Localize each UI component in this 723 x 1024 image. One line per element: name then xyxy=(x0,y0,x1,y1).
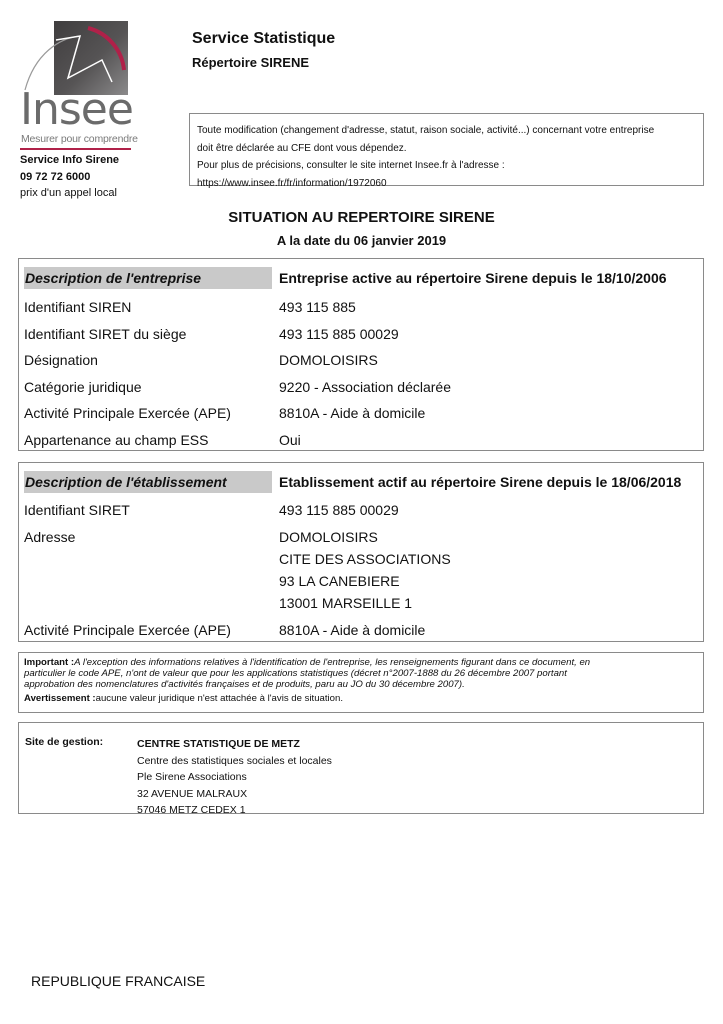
site-line: CENTRE STATISTIQUE DE METZ xyxy=(137,736,332,753)
row-value: 493 115 885 00029 xyxy=(279,499,399,521)
important-notice: Important :A l'exception des information… xyxy=(18,652,704,713)
table-row: Identifiant SIREN 493 115 885 xyxy=(24,296,703,318)
row-value: 8810A - Aide à domicile xyxy=(279,402,425,424)
row-label: Activité Principale Exercée (APE) xyxy=(24,402,231,424)
table-row: Identifiant SIRET du siège 493 115 885 0… xyxy=(24,323,703,345)
row-value: 493 115 885 xyxy=(279,296,356,318)
table-row: Adresse DOMOLOISIRS xyxy=(24,526,703,548)
row-label: Identifiant SIRET xyxy=(24,499,130,521)
document-title-text: SITUATION AU REPERTOIRE SIRENE xyxy=(228,209,494,226)
address-line: CITE DES ASSOCIATIONS xyxy=(279,548,451,570)
contact-phone: 09 72 72 6000 xyxy=(20,169,119,186)
company-heading-row: Description de l'entreprise Entreprise a… xyxy=(24,267,703,289)
row-value: 9220 - Association déclarée xyxy=(279,376,451,398)
establishment-section: Description de l'établissement Etablisse… xyxy=(18,462,704,642)
company-section: Description de l'entreprise Entreprise a… xyxy=(18,258,704,451)
warning-label: Avertissement : xyxy=(24,693,96,704)
address-line: 93 LA CANEBIERE xyxy=(279,570,400,592)
important-label: Important : xyxy=(24,657,74,668)
table-row: Activité Principale Exercée (APE) 8810A … xyxy=(24,619,703,641)
notice-url[interactable]: https://www.insee.fr/fr/information/1972… xyxy=(197,175,703,193)
contact-block: Service Info Sirene 09 72 72 6000 prix d… xyxy=(20,152,119,202)
header-title: Service Statistique xyxy=(192,30,335,48)
address-line: 13001 MARSEILLE 1 xyxy=(279,592,412,614)
row-value: Oui xyxy=(279,429,301,451)
row-label: Adresse xyxy=(24,526,75,548)
important-text: approbation des nomenclatures d'activité… xyxy=(24,679,703,690)
company-heading: Description de l'entreprise xyxy=(24,267,272,289)
row-value: DOMOLOISIRS xyxy=(279,349,378,371)
table-row: Activité Principale Exercée (APE) 8810A … xyxy=(24,402,703,424)
row-label: Catégorie juridique xyxy=(24,376,142,398)
row-value: 8810A - Aide à domicile xyxy=(279,619,425,641)
table-row: Désignation DOMOLOISIRS xyxy=(24,349,703,371)
table-row: Appartenance au champ ESS Oui xyxy=(24,429,703,451)
address-line: DOMOLOISIRS xyxy=(279,526,378,548)
site-line: 57046 METZ CEDEX 1 xyxy=(137,802,332,819)
warning-text: aucune valeur juridique n'est attachée à… xyxy=(96,693,343,704)
notice-line: Toute modification (changement d'adresse… xyxy=(197,122,703,140)
logo-underline xyxy=(20,148,131,150)
site-label: Site de gestion: xyxy=(25,736,103,748)
notice-line: Pour plus de précisions, consulter le si… xyxy=(197,157,703,175)
site-line: Ple Sirene Associations xyxy=(137,769,332,786)
header-subtitle: Répertoire SIRENE xyxy=(192,55,309,70)
logo-wordmark: Insee xyxy=(20,88,133,132)
site-line: 32 AVENUE MALRAUX xyxy=(137,786,332,803)
important-text: particulier le code APE, n'ont de valeur… xyxy=(24,668,703,679)
important-text: A l'exception des informations relatives… xyxy=(74,657,590,668)
management-site-section: Site de gestion: CENTRE STATISTIQUE DE M… xyxy=(18,722,704,814)
document-date: A la date du 06 janvier 2019 xyxy=(0,233,723,248)
row-label: Identifiant SIRET du siège xyxy=(24,323,186,345)
table-row: Identifiant SIRET 493 115 885 00029 xyxy=(24,499,703,521)
notice-line: doit être déclarée au CFE dont vous dépe… xyxy=(197,140,703,158)
row-label: Désignation xyxy=(24,349,98,371)
table-row: 13001 MARSEILLE 1 xyxy=(24,592,703,614)
row-label: Activité Principale Exercée (APE) xyxy=(24,619,231,641)
contact-service: Service Info Sirene xyxy=(20,152,119,169)
company-status: Entreprise active au répertoire Sirene d… xyxy=(279,267,667,289)
document-title: SITUATION AU REPERTOIRE SIRENE xyxy=(0,209,723,226)
logo-tagline: Mesurer pour comprendre xyxy=(21,133,138,145)
notice-box: Toute modification (changement d'adresse… xyxy=(189,113,704,186)
row-label: Appartenance au champ ESS xyxy=(24,429,208,451)
establishment-heading-row: Description de l'établissement Etablisse… xyxy=(24,471,703,493)
contact-note: prix d'un appel local xyxy=(20,185,119,202)
row-value: 493 115 885 00029 xyxy=(279,323,399,345)
table-row: 93 LA CANEBIERE xyxy=(24,570,703,592)
site-line: Centre des statistiques sociales et loca… xyxy=(137,753,332,770)
site-address: CENTRE STATISTIQUE DE METZ Centre des st… xyxy=(137,736,332,819)
establishment-status: Etablissement actif au répertoire Sirene… xyxy=(279,471,681,493)
table-row: Catégorie juridique 9220 - Association d… xyxy=(24,376,703,398)
row-label: Identifiant SIREN xyxy=(24,296,131,318)
footer-text: REPUBLIQUE FRANCAISE xyxy=(31,973,205,989)
establishment-heading: Description de l'établissement xyxy=(24,471,272,493)
table-row: CITE DES ASSOCIATIONS xyxy=(24,548,703,570)
